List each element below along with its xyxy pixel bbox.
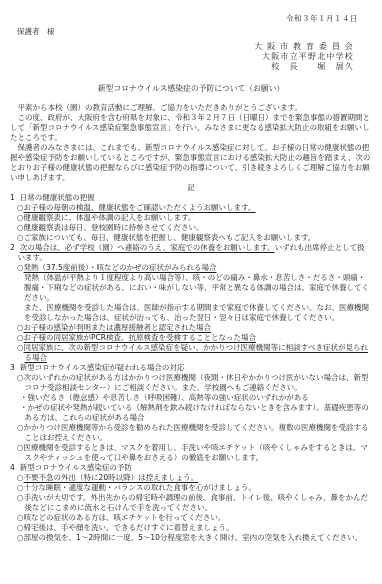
- sender-block: 大 阪 市 教 育 委 員 会 大阪市立平野北中学校 校 長 堀 展久: [10, 42, 372, 72]
- list-item: ○次のいずれかの症状がある方はかかりつけ医療機関（夜間・休日やかかりつけ医がいな…: [17, 373, 372, 393]
- section-4-heading: 4新型コロナウイルス感染症の予防: [10, 463, 372, 473]
- list-item: ○不要不急の外出（特に20時以降）は控えましょう。: [17, 473, 372, 483]
- intro-paragraph-2: この度、政府が、大阪府を含む府県を対象に、令和３年２月７日（日曜日）までを緊急事…: [10, 113, 372, 143]
- ki-label: 記: [10, 183, 372, 193]
- list-item: ○お子様の同居家族がPCR検査、抗原検査を受検することとなった場合: [17, 333, 372, 343]
- section-3-heading: 3新型コロナウイルス感染症が疑われる場合の対応: [10, 363, 372, 373]
- list-item-paragraph: また、医療機関を受診した場合は、医師が指示する期間まで家庭で休養してください。な…: [24, 303, 372, 323]
- section-number: 1: [10, 193, 15, 202]
- intro-paragraph-3: 保護者のみなさまには、これまでも、新型コロナウイルス感染症に対して、お子様の日常…: [10, 143, 372, 183]
- list-item-paragraph: 発熱（体温が平熱より１度程度より高い場合等）、咳・のどの痛み・鼻水・息苦しさ・だ…: [24, 273, 372, 303]
- sender-org: 大 阪 市 教 育 委 員 会: [10, 42, 354, 52]
- section-number: 4: [10, 463, 15, 472]
- dot-bullet: ・: [20, 403, 28, 412]
- intro-paragraph-1: 平素から本校（園）の教育活動にご理解、ご協力をいただきありがとうございます。: [10, 103, 372, 113]
- section-number: 2: [10, 243, 15, 252]
- list-item: ○ご家族についても、毎日、健康状態を把握し、健康観察表へもご記入をお願いします。: [17, 233, 372, 243]
- list-item: ○かかりつけ医療機関等から受診を勧められた医療機関を受診してください。複数の医療…: [17, 423, 372, 443]
- list-item: ○同居家族に、次の新型コロナウイルス感染症を疑い、かかりつけ医療機関等に相談すべ…: [17, 343, 372, 363]
- intro-paragraphs: 平素から本校（園）の教育活動にご理解、ご協力をいただきありがとうございます。 こ…: [10, 103, 372, 183]
- sender-principal: 校 長 堀 展久: [10, 62, 354, 72]
- list-item: ○部屋の換気を、1～2時間に一度、5～10分程度窓を大きく開け、室内の空気を入れ…: [17, 533, 372, 543]
- sender-school: 大阪市立平野北中学校: [10, 52, 354, 62]
- list-item: ○健康観察表は毎日、登校園時に持参させてください。: [17, 223, 372, 233]
- list-item: ○十分な睡眠・適度な運動・バランスの取れた食事を心がけましょう。: [17, 483, 372, 493]
- list-item: ○帰宅後は、手や顔を洗い、できるだけすぐに着替えましょう。: [17, 523, 372, 533]
- list-item: ○発熱（37.5度前後）・咳などのかぜの症状がみられる場合: [17, 263, 372, 273]
- list-item: ○医療機関を受診するときは、マスクを着用し、手洗いや咳エチケット（咳やくしゃみを…: [17, 443, 372, 463]
- section-number: 3: [10, 363, 15, 372]
- section-1-heading: 1日常の健康状態の把握: [10, 193, 372, 203]
- list-item: ○お子様の感染が判明または濃厚接触者と認定された場合: [17, 323, 372, 333]
- section-2-heading: 2次の場合は、必ず学校（園）へ連絡のうえ、家庭での休養をお願いします。いずれも出…: [10, 243, 372, 263]
- document-date: 令和３年１月１４日: [10, 14, 372, 24]
- list-item: ○お子様の毎朝の検温、健康状態をご確認いただくようお願いします。: [17, 203, 372, 213]
- page-title: 新型コロナウイルス感染症の予防について（お願い）: [10, 84, 372, 94]
- dot-bullet: ・: [20, 393, 28, 402]
- list-item: ○手洗いが大切です。外出先からの帰宅時や調理の前後、食事前、トイレ後、咳やくしゃ…: [17, 493, 372, 513]
- recipient: 保護者 様: [10, 27, 372, 37]
- list-item: ・かぜの症状や発熱が続いている（解熱剤を飲み続けなければならないときを含みます）…: [20, 403, 372, 423]
- list-item: ○健康観察表に、体温や体調の記入をお願いします。: [17, 213, 372, 223]
- list-item: ・強いだるさ（倦怠感）や息苦しさ（呼吸困難）、高熱等の強い症状のいずれかがある: [20, 393, 372, 403]
- list-item: ○咳などの症状のある方は、咳エチケットを行ってください。: [17, 513, 372, 523]
- letter-page: 令和３年１月１４日 保護者 様 大 阪 市 教 育 委 員 会 大阪市立平野北中…: [0, 0, 382, 584]
